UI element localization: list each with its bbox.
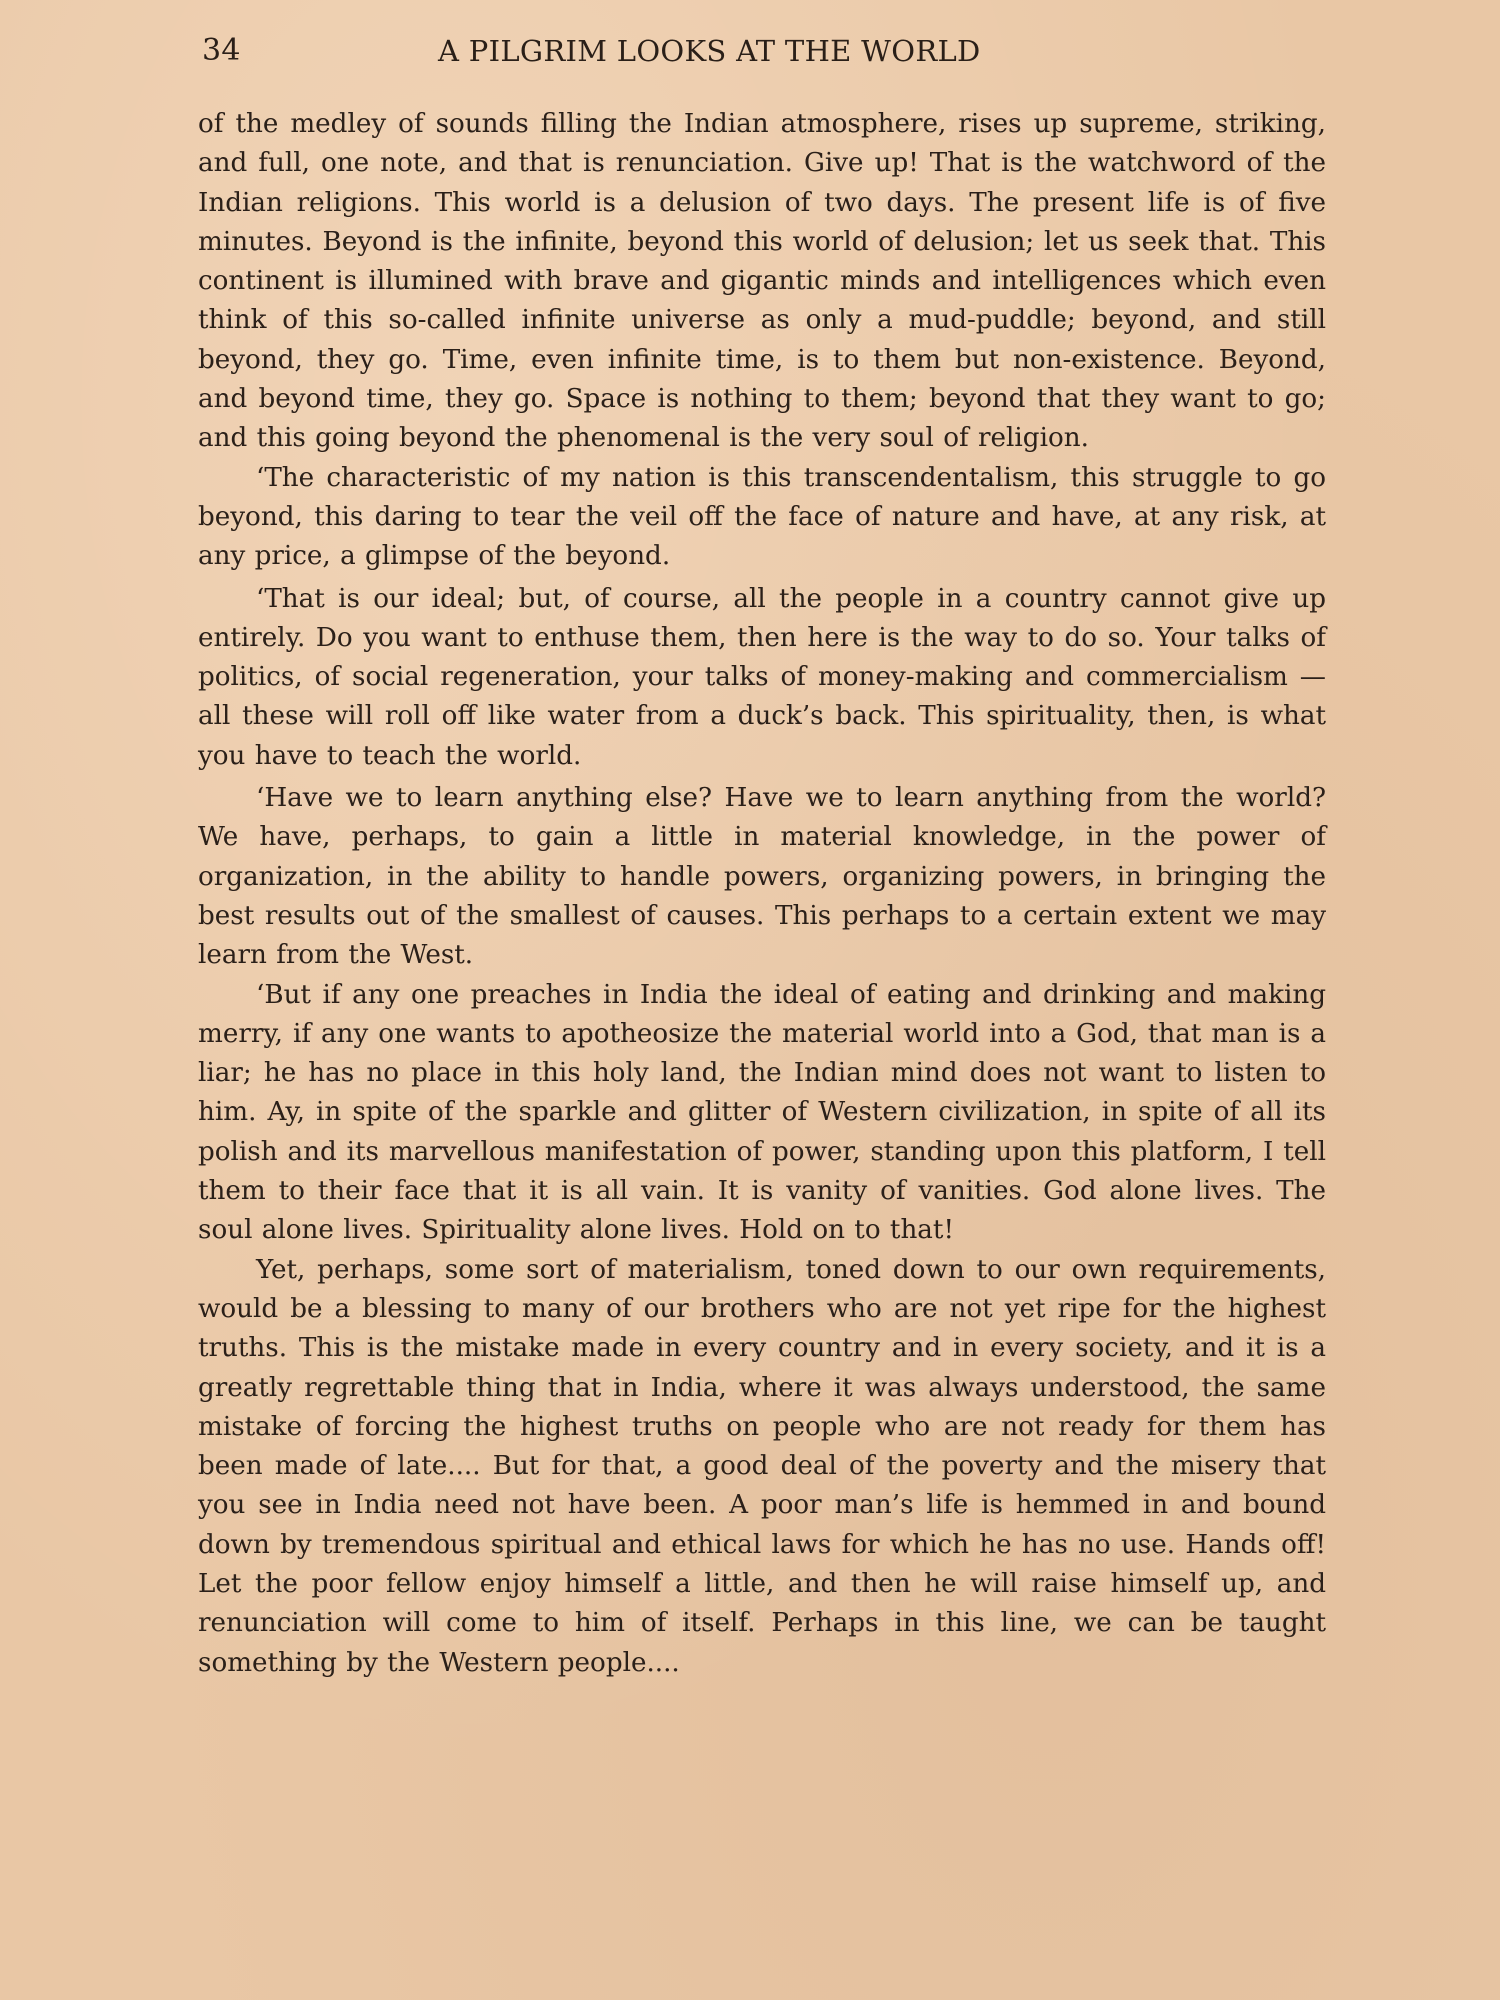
running-head: 34 A PILGRIM LOOKS AT THE WORLD — [198, 30, 1326, 72]
paragraph-continuation: of the medley of sounds filling the Indi… — [198, 105, 1326, 459]
page-number: 34 — [202, 30, 241, 72]
paragraph-transcendentalism: ‘The characteristic of my nation is this… — [198, 459, 1326, 577]
paragraph-eating-and-drinking: ‘But if any one preaches in India the id… — [198, 976, 1326, 1251]
running-title: A PILGRIM LOOKS AT THE WORLD — [438, 30, 981, 72]
paragraph-our-ideal: ‘That is our ideal; but, of course, all … — [198, 580, 1326, 776]
body-text: of the medley of sounds filling the Indi… — [198, 105, 1326, 1683]
paragraph-materialism: Yet, perhaps, some sort of materialism, … — [198, 1251, 1326, 1683]
paragraph-learn-anything-else: ‘Have we to learn anything else? Have we… — [198, 779, 1326, 975]
